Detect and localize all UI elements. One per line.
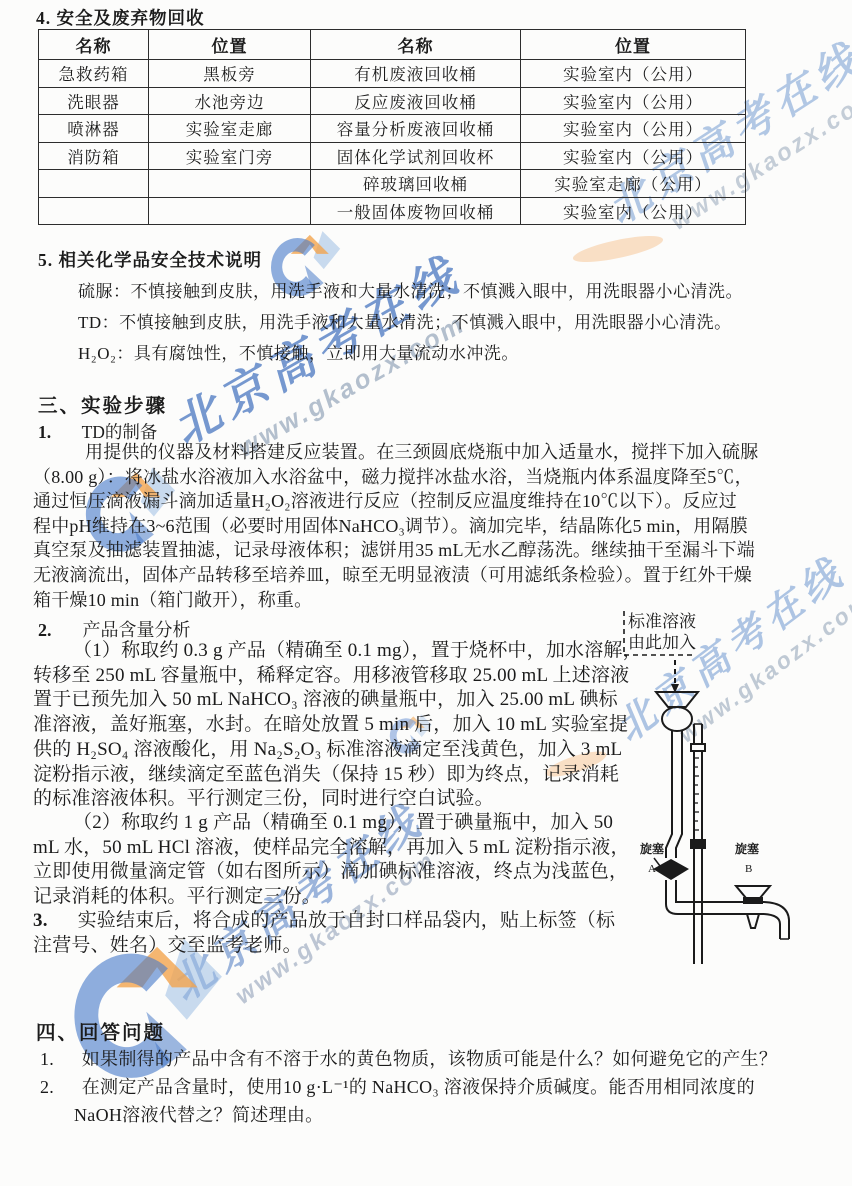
section5-list: 硫脲：不慎接触到皮肤，用洗手液和大量水清洗；不慎溅入眼中，用洗眼器小心清洗。 T… [78,276,743,369]
table-cell [39,170,149,198]
safety-note-line: 硫脲：不慎接触到皮肤，用洗手液和大量水清洗；不慎溅入眼中，用洗眼器小心清洗。 [78,276,743,307]
table-cell: 消防箱 [39,142,149,170]
valve-a-id: A [648,863,656,875]
step3-text: 实验结束后，将合成的产品放于自封口样品袋内，贴上标签（标 [78,910,616,931]
microburette-diagram: 标准溶液 由此加入 旋塞 A 旋塞 B [598,606,838,986]
valve-b-id: B [745,863,752,875]
question-line: 2. 在测定产品含量时，使用10 g·L⁻¹的 NaHCO₃ 溶液保持介质碱度。… [40,1073,777,1101]
table-cell: 实验室走廊 [149,115,311,143]
stopcock-b-band [744,898,762,903]
left-tube [676,730,682,858]
table-cell [39,197,149,225]
question-line: 1. 如果制得的产品中含有不溶于水的黄色物质，该物质可能是什么？如何避免它的产生… [40,1045,777,1073]
table-cell: 实验室门旁 [149,142,311,170]
table-cell: 水池旁边 [149,87,311,115]
valve-a-label: 旋塞 [640,841,664,856]
outlet-spout [764,914,780,939]
table-cell: 喷淋器 [39,115,149,143]
paragraph-line: 注营号、姓名）交至监考老师。 [33,934,615,959]
questions-list: 1. 如果制得的产品中含有不溶于水的黄色物质，该物质可能是什么？如何避免它的产生… [40,1045,777,1129]
stopcock-b-tip [747,914,759,928]
section3-heading: 三、实验步骤 [38,390,167,418]
step2-paragraph-2: （2）称取约 1 g 产品（精确至 0.1 mg），置于碘量瓶中，加入 50 m… [33,811,630,910]
section4-heading: 4. 安全及废弃物回收 [36,5,205,30]
step2-title: 产品含量分析 [83,620,191,640]
table-header-cell: 位置 [149,30,311,60]
step3-paragraph: 3. 实验结束后，将合成的产品放于自封口样品袋内，贴上标签（标 注营号、姓名）交… [33,909,615,958]
table-header-cell: 位置 [521,30,746,60]
table-cell: 反应废液回收桶 [311,87,521,115]
stopcock-b-funnel [736,886,770,898]
table-cell: 实验室内（公用） [521,87,746,115]
paragraph-line: 准溶液，盖好瓶塞，水封。在暗处放置 5 min 后，加入 10 mL 实验室提 [33,713,642,738]
table-cell [149,197,311,225]
funnel-top [656,692,698,707]
table-row: 一般固体废物回收桶 实验室内（公用） [39,197,746,225]
tube-collar [691,744,705,751]
reservoir-bulb [662,707,692,731]
valve-b-label: 旋塞 [735,841,759,856]
table-cell: 实验室内（公用） [521,60,746,88]
table-row: 消防箱 实验室门旁 固体化学试剂回收杯 实验室内（公用） [39,142,746,170]
table-header-cell: 名称 [39,30,149,60]
paragraph-line: 转移至 250 mL 容量瓶中，稀释定容。用移液管移取 25.00 mL 上述溶… [33,664,642,689]
table-row: 碎玻璃回收桶 实验室走廊（公用） [39,170,746,198]
safety-table: 名称 位置 名称 位置 急救药箱 黑板旁 有机废液回收桶 实验室内（公用） 洗眼… [38,29,746,225]
table-cell: 有机废液回收桶 [311,60,521,88]
paragraph-line: 程中pH维持在3~6范围（必要时用固体NaHCO₃调节）。滴加完毕，结晶陈化5 … [33,514,758,539]
table-cell: 实验室内（公用） [521,142,746,170]
table-cell: 黑板旁 [149,60,311,88]
step3-number: 3. [33,910,48,931]
table-cell: 实验室走廊（公用） [521,170,746,198]
table-header-row: 名称 位置 名称 位置 [39,30,746,60]
scanned-exam-page: 北京高考在线 www.gkaozx.com 北京高考在线 www.gkaozx.… [0,0,852,1186]
table-row: 急救药箱 黑板旁 有机废液回收桶 实验室内（公用） [39,60,746,88]
table-cell: 一般固体废物回收桶 [311,197,521,225]
step2-paragraph-1: （1）称取约 0.3 g 产品（精确至 0.1 mg），置于烧杯中，加水溶解， … [33,639,642,812]
step2-number: 2. [38,620,52,640]
outlet-spout [764,902,789,939]
table-cell: 急救药箱 [39,60,149,88]
stopcock-a [653,859,689,880]
paragraph-line: （1）称取约 0.3 g 产品（精确至 0.1 mg），置于烧杯中，加水溶解， [33,639,642,664]
safety-note-line: TD：不慎接触到皮肤，用洗手液和大量水清洗；不慎溅入眼中，用洗眼器小心清洗。 [78,307,743,338]
paragraph-line: 置于已预先加入 50 mL NaHCO₃ 溶液的碘量瓶中，加入 25.00 mL… [33,688,642,713]
paragraph-line: 淀粉指示液，继续滴定至蓝色消失（保持 15 秒）即为终点，记录消耗 [33,763,642,788]
step1-paragraph: 用提供的仪器及材料搭建反应装置。在三颈圆底烧瓶中加入适量水，搅拌下加入硫脲 （8… [33,440,758,612]
safety-note-line: H₂O₂：具有腐蚀性，不慎接触，立即用大量流动水冲洗。 [78,338,743,369]
feed-label-line1: 标准溶液 [628,612,696,631]
question1-text: 如果制得的产品中含有不溶于水的黄色物质，该物质可能是什么？如何避免它的产生？ [82,1049,777,1069]
table-cell: 实验室内（公用） [521,115,746,143]
table-row: 喷淋器 实验室走廊 容量分析废液回收桶 实验室内（公用） [39,115,746,143]
paragraph-line: 3. 实验结束后，将合成的产品放于自封口样品袋内，贴上标签（标 [33,909,615,934]
paragraph-line: （8.00 g）：将冰盐水浴液加入水浴盆中，磁力搅拌冰盐水浴，当烧瓶内体系温度降… [33,465,758,490]
question2-number: 2. [40,1077,54,1097]
paragraph-line: 用提供的仪器及材料搭建反应装置。在三颈圆底烧瓶中加入适量水，搅拌下加入硫脲 [33,440,758,465]
question-line: NaOH溶液代替之？简述理由。 [40,1101,777,1129]
table-cell: 容量分析废液回收桶 [311,115,521,143]
tube-collar [691,840,705,848]
paragraph-line: （2）称取约 1 g 产品（精确至 0.1 mg），置于碘量瓶中，加入 50 [33,811,630,836]
section5-heading: 5. 相关化学品安全技术说明 [38,247,262,272]
step1-title: TD的制备 [82,422,158,442]
table-header-cell: 名称 [311,30,521,60]
paragraph-line: 立即使用微量滴定管（如右图所示）滴加碘标准溶液，终点为浅蓝色， [33,860,630,885]
paragraph-line: 无液滴流出，固体产品转移至培养皿，晾至无明显液渍（可用滤纸条检验）。置于红外干燥 [33,563,758,588]
logo-swoosh-fragment [571,231,665,268]
paragraph-line: 供的 H₂SO₄ 溶液酸化，用 Na₂S₂O₃ 标准溶液滴定至浅黄色，加入 3 … [33,738,642,763]
step1-number: 1. [38,422,51,442]
paragraph-line: 的标准溶液体积。平行测定三份，同时进行空白试验。 [33,787,642,812]
paragraph-line: 通过恒压滴液漏斗滴加适量H₂O₂溶液进行反应（控制反应温度维持在10℃以下）。反… [33,489,758,514]
paragraph-line: mL 水，50 mL HCl 溶液，使样品完全溶解，再加入 5 mL 淀粉指示液… [33,836,630,861]
question2-text-line1: 在测定产品含量时，使用10 g·L⁻¹的 NaHCO₃ 溶液保持介质碱度。能否用… [82,1077,755,1097]
table-row: 洗眼器 水池旁边 反应废液回收桶 实验室内（公用） [39,87,746,115]
table-cell [149,170,311,198]
paragraph-line: 真空泵及抽滤装置抽滤，记录母液体积；滤饼用35 mL无水乙醇荡洗。继续抽干至漏斗… [33,538,758,563]
table-cell: 碎玻璃回收桶 [311,170,521,198]
left-tube [666,730,672,858]
table-cell: 固体化学试剂回收杯 [311,142,521,170]
feed-label-line2: 由此加入 [628,633,696,652]
question1-number: 1. [40,1049,54,1069]
table-cell: 实验室内（公用） [521,197,746,225]
table-cell: 洗眼器 [39,87,149,115]
paragraph-line: 记录消耗的体积。平行测定三份。 [33,885,630,910]
section-q-heading: 四、回答问题 [36,1017,165,1045]
